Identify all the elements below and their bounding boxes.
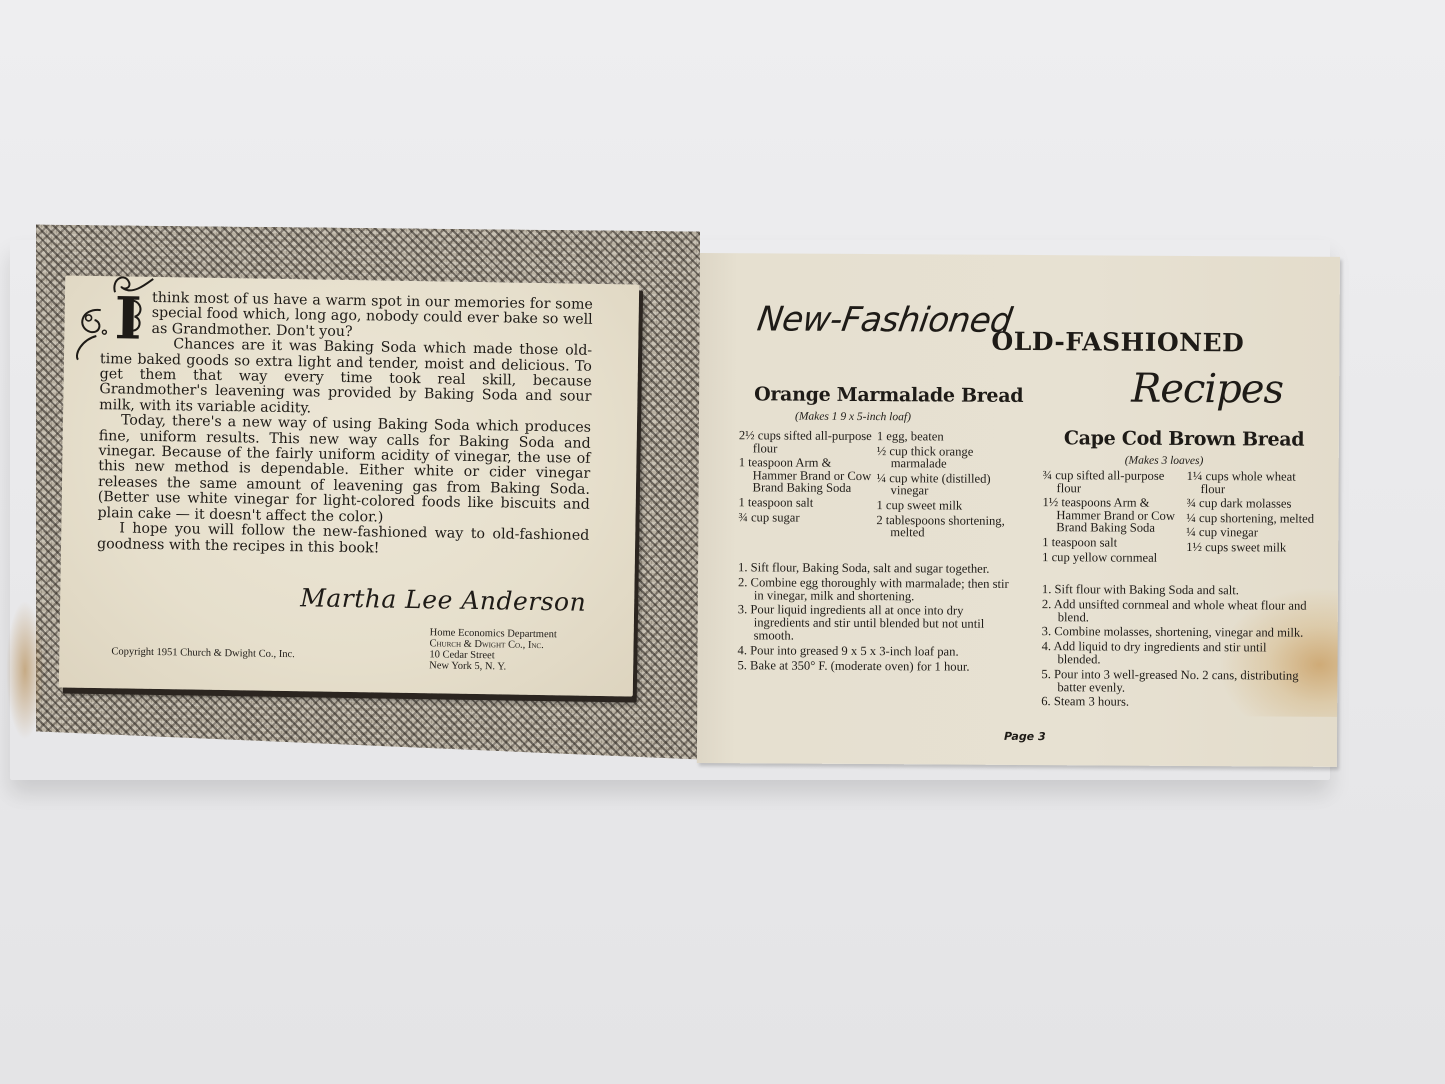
ingredient: 2½ cups sifted all-purpose flour — [739, 429, 877, 455]
ingredient: ¼ cup white (distilled) vinegar — [877, 472, 1007, 498]
letter-paragraph: Today, there's a new way of using Baking… — [97, 413, 591, 529]
letter-paragraph: think most of us have a warm spot in our… — [100, 290, 593, 344]
ingredients-column: 1¼ cups whole wheat flour ¾ cup dark mol… — [1186, 470, 1317, 556]
recipe-step: 4. Add liquid to dry ingredients and sti… — [1041, 640, 1307, 667]
recipe-steps: 1. Sift flour with Baking Soda and salt.… — [1041, 583, 1308, 712]
recipe-step: 1. Sift flour with Baking Soda and salt. — [1042, 583, 1308, 597]
signature: Martha Lee Anderson — [300, 583, 586, 616]
ingredient: ¾ cup dark molasses — [1186, 497, 1316, 510]
ingredient: ½ cup thick orange marmalade — [877, 445, 1007, 471]
ingredient: 2 tablespoons shortening, melted — [876, 514, 1006, 540]
recipe-step: 3. Pour liquid ingredients all at once i… — [738, 604, 1010, 644]
ingredients-column: ¾ cup sifted all-purpose flour 1½ teaspo… — [1042, 469, 1187, 566]
recipe-step: 2. Add unsifted cornmeal and whole wheat… — [1042, 598, 1308, 625]
ingredient: 1 egg, beaten — [877, 430, 1007, 443]
recipe-step: 1. Sift flour, Baking Soda, salt and sug… — [738, 561, 1010, 575]
publisher-address: Home Economics Department Church & Dwigh… — [429, 627, 557, 673]
recipe-yield: (Makes 1 9 x 5-inch loaf) — [795, 411, 911, 424]
letter-card: I think most of us have a warm spot in o… — [59, 276, 639, 697]
ingredient: ¾ cup sugar — [738, 511, 876, 524]
recipe-step: 5. Bake at 350° F. (moderate oven) for 1… — [737, 659, 1009, 673]
ingredient: ¼ cup vinegar — [1186, 526, 1316, 539]
ingredient: 1 teaspoon Arm & Hammer Brand or Cow Bra… — [739, 456, 877, 495]
recipe-title-cape-cod: Cape Cod Brown Bread — [1064, 427, 1305, 450]
right-page: New-Fashioned OLD-FASHIONED Recipes Oran… — [697, 253, 1340, 767]
address-line: New York 5, N. Y. — [429, 660, 556, 673]
recipe-step: 6. Steam 3 hours. — [1041, 695, 1307, 709]
recipe-step: 2. Combine egg thoroughly with marmalade… — [738, 576, 1010, 603]
ingredient: 1 cup sweet milk — [876, 499, 1006, 512]
header-bold-title: OLD-FASHIONED — [991, 327, 1244, 358]
recipe-step: 3. Combine molasses, shortening, vinegar… — [1042, 625, 1308, 639]
ingredient: 1¼ cups whole wheat flour — [1187, 470, 1317, 496]
page-number: Page 3 — [1004, 730, 1046, 743]
ingredient: ¼ cup shortening, melted — [1186, 512, 1316, 525]
recipe-steps: 1. Sift flour, Baking Soda, salt and sug… — [737, 561, 1010, 675]
ingredient: 1 teaspoon salt — [738, 496, 876, 509]
recipe-step: 4. Pour into greased 9 x 5 x 3-inch loaf… — [738, 644, 1010, 658]
recipe-yield: (Makes 3 loaves) — [1125, 455, 1204, 467]
ingredients-column: 2½ cups sifted all-purpose flour 1 teasp… — [738, 429, 877, 526]
recipe-title-orange-marmalade: Orange Marmalade Bread — [754, 383, 1023, 407]
ingredient: ¾ cup sifted all-purpose flour — [1043, 469, 1187, 495]
ingredient: 1 cup yellow cornmeal — [1042, 551, 1186, 564]
letter-body: I think most of us have a warm spot in o… — [97, 290, 593, 560]
ingredient: 1½ cups sweet milk — [1186, 541, 1316, 554]
header-recipes-title: Recipes — [1131, 366, 1283, 413]
ingredient-text: 1 teaspoon Arm & Hammer Brand or Cow Bra… — [739, 455, 872, 495]
drop-cap: I — [114, 294, 142, 342]
copyright-notice: Copyright 1951 Church & Dwight Co., Inc. — [111, 646, 295, 660]
ingredient: 1½ teaspoons Arm & Hammer Brand or Cow B… — [1042, 496, 1186, 535]
header-script-title: New-Fashioned — [755, 299, 1015, 341]
ingredients-column: 1 egg, beaten ½ cup thick orange marmala… — [876, 430, 1007, 542]
letter-paragraph: I hope you will follow the new-fashioned… — [97, 521, 589, 560]
ingredient: 1 teaspoon salt — [1042, 536, 1186, 549]
letter-paragraph: Chances are it was Baking Soda which mad… — [99, 336, 592, 421]
recipe-step: 5. Pour into 3 well-greased No. 2 cans, … — [1041, 668, 1307, 695]
